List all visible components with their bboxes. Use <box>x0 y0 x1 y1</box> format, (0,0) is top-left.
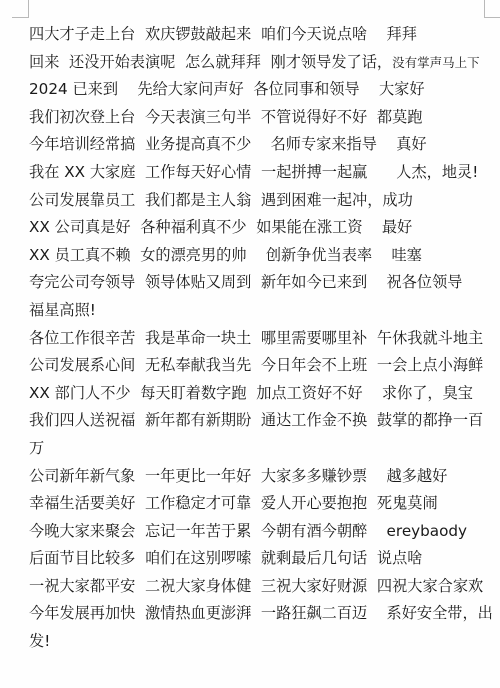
text-line: 公司新年新气象 一年更比一年好 大家多多赚钞票 越多越好 <box>29 463 489 491</box>
text-line: 今年培训经常搞 业务提高真不少 名师专家来指导 真好 <box>29 131 489 159</box>
text-line-main: 回来 还没开始表演呢 怎么就拜拜 刚才领导发了话， <box>29 53 392 71</box>
document-body[interactable]: 四大才子走上台 欢庆锣鼓敲起来 咱们今天说点啥 拜拜 回来 还没开始表演呢 怎么… <box>29 21 489 656</box>
text-line: 我在 XX 大家庭 工作每天好心情 一起拼搏一起赢 人杰，地灵! <box>29 159 489 187</box>
text-line: 回来 还没开始表演呢 怎么就拜拜 刚才领导发了话，没有掌声马上下 <box>29 49 489 77</box>
text-line: 发! <box>29 628 489 656</box>
text-line: 今晚大家来聚会 忘记一年苦于累 今朝有酒今朝醉 ereybaody <box>29 518 489 546</box>
text-line: 一祝大家都平安 二祝大家身体健 三祝大家好财源 四祝大家合家欢 <box>29 573 489 601</box>
text-line: 四大才子走上台 欢庆锣鼓敲起来 咱们今天说点啥 拜拜 <box>29 21 489 49</box>
margin-corner-top-left <box>12 0 29 18</box>
margin-corner-top-right <box>484 0 500 18</box>
document-page: 四大才子走上台 欢庆锣鼓敲起来 咱们今天说点啥 拜拜 回来 还没开始表演呢 怎么… <box>0 0 500 688</box>
text-line: 万 <box>29 435 489 463</box>
text-line: 公司发展靠员工 我们都是主人翁 遇到困难一起冲，成功 <box>29 187 489 215</box>
text-line: XX 公司真是好 各种福利真不少 如果能在涨工资 最好 <box>29 214 489 242</box>
text-line: 今年发展再加快 激情热血更澎湃 一路狂飙二百迈 系好安全带，出 <box>29 600 489 628</box>
text-line-small-suffix: 没有掌声马上下 <box>392 55 480 70</box>
text-line: XX 部门人不少 每天盯着数字跑 加点工资好不好 求你了，臭宝 <box>29 380 489 408</box>
text-line: 夸完公司夸领导 领导体贴又周到 新年如今已来到 祝各位领导 <box>29 269 489 297</box>
text-line: 福星高照! <box>29 297 489 325</box>
text-line: 我们四人送祝福 新年都有新期盼 通达工作金不换 鼓掌的都挣一百 <box>29 407 489 435</box>
text-line: 各位工作很辛苦 我是革命一块土 哪里需要哪里补 午休我就斗地主 <box>29 325 489 353</box>
text-line: 后面节目比较多 咱们在这别啰嗦 就剩最后几句话 说点啥 <box>29 545 489 573</box>
text-line: 公司发展系心间 无私奉献我当先 今日年会不上班 一会上点小海鲜 <box>29 352 489 380</box>
text-line: 幸福生活要美好 工作稳定才可靠 爱人开心要抱抱 死鬼莫闹 <box>29 490 489 518</box>
text-line: 2024 已来到 先给大家问声好 各位同事和领导 大家好 <box>29 76 489 104</box>
text-line: 我们初次登上台 今天表演三句半 不管说得好不好 都莫跑 <box>29 104 489 132</box>
text-line: XX 员工真不赖 女的漂亮男的帅 创新争优当表率 哇塞 <box>29 242 489 270</box>
